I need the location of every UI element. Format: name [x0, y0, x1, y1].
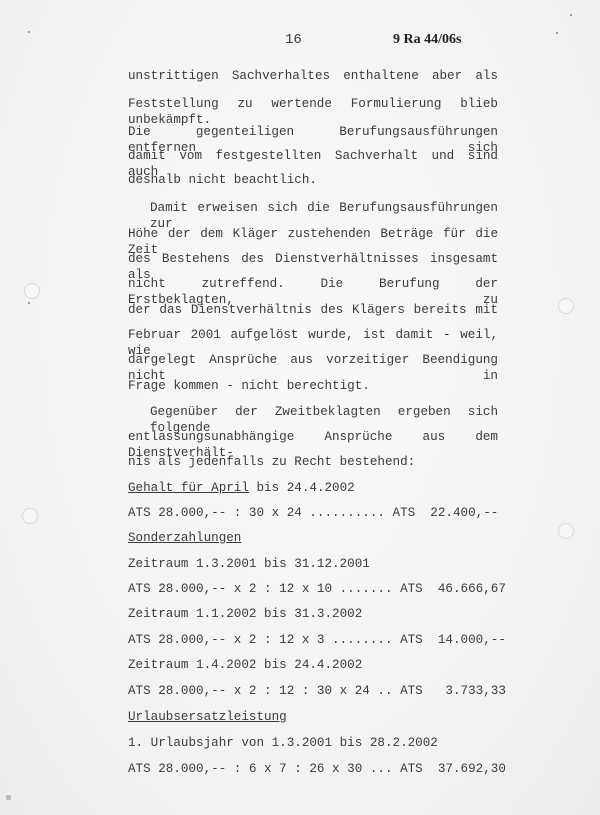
paragraph-2-line: Frage kommen - nicht berechtigt. [128, 378, 498, 394]
punch-hole-mark [24, 283, 40, 299]
scan-speck [6, 795, 11, 800]
punch-hole-mark [558, 298, 574, 314]
scan-speck [556, 32, 558, 34]
sonder-period: Zeitraum 1.3.2001 bis 31.12.2001 [128, 556, 498, 572]
punch-hole-mark [22, 508, 38, 524]
paragraph-2-line: der das Dienstverhältnis des Klägers ber… [128, 302, 498, 318]
sonder-calculation: ATS 28.000,-- x 2 : 12 : 30 x 24 .. ATS … [128, 683, 498, 699]
document-page: 16 9 Ra 44/06s unstrittigen Sachverhalte… [0, 0, 600, 815]
gehalt-calculation: ATS 28.000,-- : 30 x 24 .......... ATS 2… [128, 505, 498, 521]
sonder-period: Zeitraum 1.4.2002 bis 24.4.2002 [128, 657, 498, 673]
punch-hole-mark [558, 523, 574, 539]
paragraph-1-line: unstrittigen Sachverhaltes enthaltene ab… [128, 68, 498, 84]
page-number: 16 [285, 32, 302, 48]
gehalt-heading-line: Gehalt für April bis 24.4.2002 [128, 480, 498, 496]
scan-speck [570, 14, 572, 16]
paragraph-1-line: deshalb nicht beachtlich. [128, 172, 498, 188]
sonder-calculation: ATS 28.000,-- x 2 : 12 x 10 ....... ATS … [128, 581, 498, 597]
urlaub-period: 1. Urlaubsjahr von 1.3.2001 bis 28.2.200… [128, 735, 498, 751]
sonder-period: Zeitraum 1.1.2002 bis 31.3.2002 [128, 606, 498, 622]
paragraph-3-line: nis als jedenfalls zu Recht bestehend: [128, 454, 498, 470]
sonder-calculation: ATS 28.000,-- x 2 : 12 x 3 ........ ATS … [128, 632, 498, 648]
scan-speck [28, 31, 30, 33]
sonderzahlungen-heading: Sonderzahlungen [128, 530, 498, 546]
urlaub-calculation: ATS 28.000,-- : 6 x 7 : 26 x 30 ... ATS … [128, 761, 498, 777]
scan-speck [28, 302, 30, 304]
case-reference: 9 Ra 44/06s [393, 32, 461, 48]
urlaub-heading: Urlaubsersatzleistung [128, 709, 498, 725]
gehalt-heading: Gehalt für April [128, 481, 249, 495]
gehalt-heading-suffix: bis 24.4.2002 [249, 481, 355, 495]
